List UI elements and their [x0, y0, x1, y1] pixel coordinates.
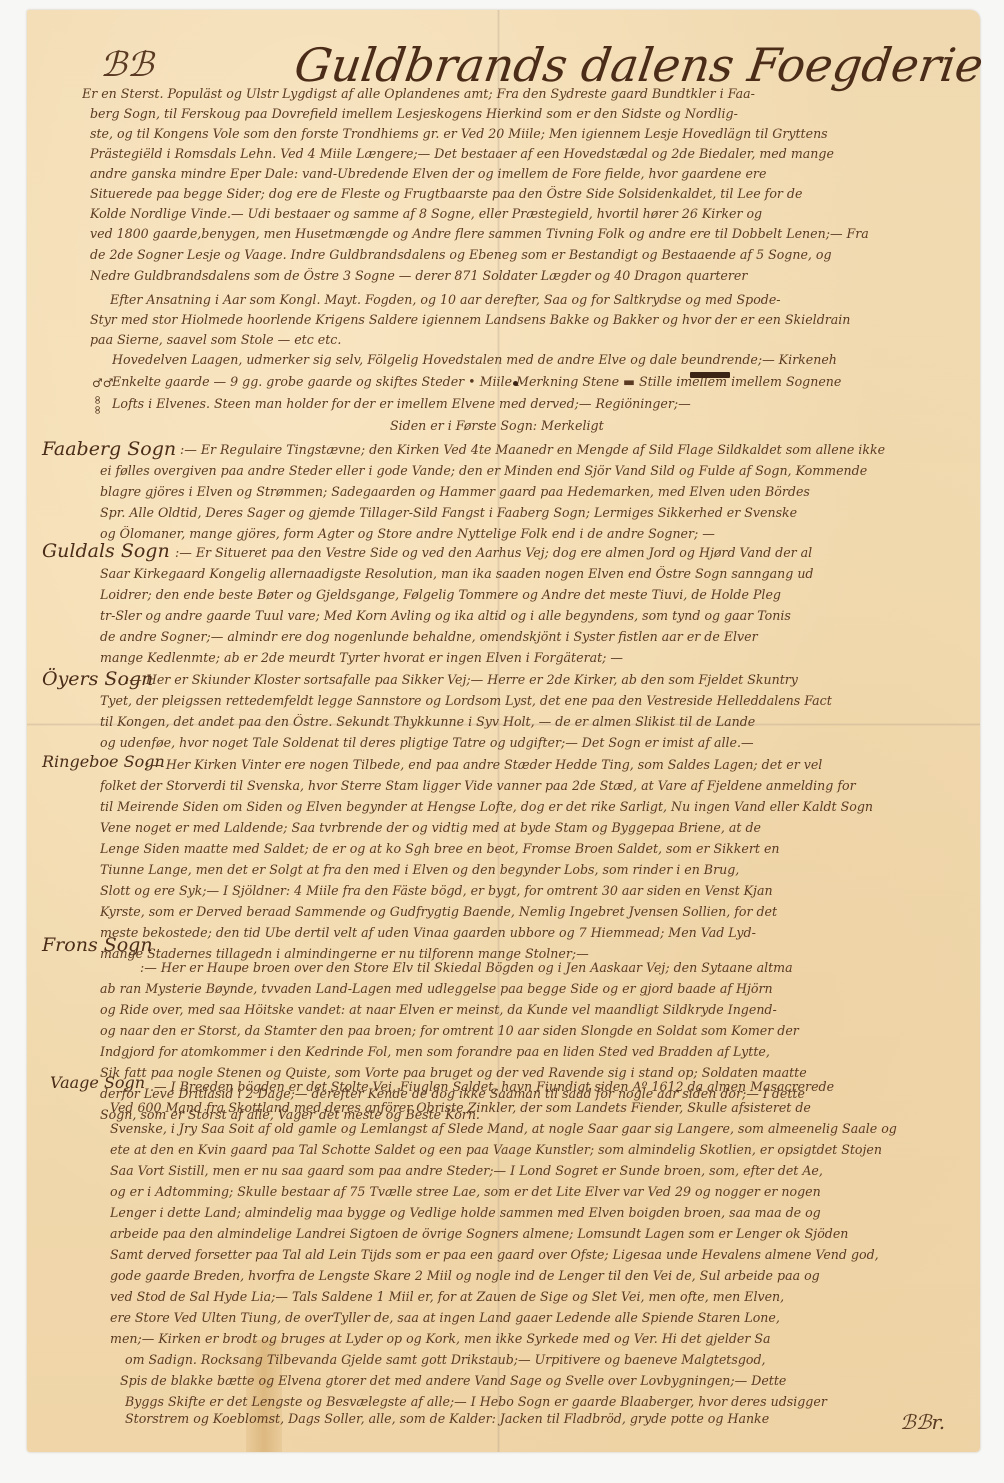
text-line: Situerede paa begge Sider; dog ere de Fl…	[90, 186, 970, 201]
text-line: gode gaarde Breden, hvorfra de Lengste S…	[110, 1268, 975, 1283]
text-line: Svenske, i Jry Saa Soit af old gamle og …	[110, 1121, 975, 1136]
text-line: Slott og ere Syk;— I Sjöldner: 4 Miile f…	[100, 883, 975, 898]
text-line: :— Er Situeret paa den Vestre Side og ve…	[175, 545, 975, 560]
text-line: de andre Sogner;— almindr ere dog nogenl…	[100, 629, 975, 644]
text-line: om Sadign. Rocksang Tilbevanda Gjelde sa…	[125, 1352, 975, 1367]
text-line: Indgjord for atomkommer i den Kedrinde F…	[100, 1044, 975, 1059]
text-line: Tiunne Lange, men det er Solgt at fra de…	[100, 862, 975, 877]
text-line: :— Her er Haupe broen over den Store Elv…	[140, 960, 975, 975]
text-line: :— Her Kirken Vinter ere nogen Tilbede, …	[145, 757, 975, 772]
text-line: berg Sogn, til Ferskoug paa Dovrefield i…	[90, 106, 970, 121]
text-line: blagre gjöres i Elven og Strømmen; Sadeg…	[100, 484, 975, 499]
text-line: Saa Vort Sistill, men er nu saa gaard so…	[110, 1163, 975, 1178]
text-line: Kolde Nordlige Vinde.— Udi bestaaer og s…	[90, 206, 970, 221]
text-line: .— I Breeden bögden er det Stolte Vei, F…	[150, 1079, 975, 1094]
text-line: :— Her er Skiunder Kloster sortsafalle p…	[125, 672, 975, 687]
text-line: og Ölomaner, mange gjöres, form Agter og…	[100, 526, 920, 541]
text-line: ete at den en Kvin gaard paa Tal Schotte…	[110, 1142, 975, 1157]
text-line: til Meirende Siden om Siden og Elven beg…	[100, 799, 975, 814]
text-line: Lenger i dette Land; almindelig maa bygg…	[110, 1205, 975, 1220]
text-line: ved 1800 gaarde,benygen, men Husetmængde…	[90, 226, 970, 241]
text-line: Samt derved forsetter paa Tal ald Lein T…	[110, 1247, 975, 1262]
text-line: til Kongen, det andet paa den Östre. Sek…	[100, 714, 975, 729]
text-line: Kyrste, som er Derved beraad Sammende og…	[100, 904, 975, 919]
signature-initials: ℬℬr.	[900, 1410, 945, 1434]
ink-bar-mark	[690, 372, 730, 378]
text-line: de 2de Sogner Lesje og Vaage. Indre Guld…	[90, 247, 970, 262]
text-line: Sik fatt paa nogle Stenen og Quiste, som…	[100, 1065, 975, 1080]
text-line: men;— Kirken er brodt og bruges at Lyder…	[110, 1331, 975, 1346]
text-line: Vene noget er med Laldende; Saa tvrbrend…	[100, 820, 975, 835]
parish-name: Faaberg Sogn	[42, 438, 176, 460]
text-line: Storstrem og Koeblomst, Dags Soller, all…	[125, 1411, 955, 1426]
top-left-flourish: ℬℬ	[100, 45, 153, 85]
text-line: tr-Sler og andre gaarde Tuul vare; Med K…	[100, 608, 975, 623]
text-line: Prästegiëld i Romsdals Lehn. Ved 4 Miile…	[90, 146, 970, 161]
text-line: arbeide paa den almindelige Landrei Sigt…	[110, 1226, 975, 1241]
bullet-mark	[513, 381, 518, 386]
text-line: mange Kedlenmte; ab er 2de meurdt Tyrter…	[100, 650, 800, 665]
text-line: Saar Kirkegaard Kongelig allernaadigste …	[100, 566, 975, 581]
text-line: Enkelte gaarde — 9 gg. grobe gaarde og s…	[112, 374, 972, 389]
text-line: Spr. Alle Oldtid, Deres Sager og gjemde …	[100, 505, 975, 520]
text-line: Spis de blakke bætte og Elvena gtorer de…	[120, 1373, 975, 1388]
text-line: Lenge Siden maatte med Saldet; de er og …	[100, 841, 975, 856]
text-line: ere Store Ved Ulten Tiung, de overTyller…	[110, 1310, 975, 1325]
text-line: Er en Sterst. Populäst og Ulstr Lygdigst…	[82, 86, 972, 101]
parish-name: Frons Sogn	[42, 934, 153, 956]
section-heading: Siden er i Første Sogn: Merkeligt	[390, 418, 604, 433]
text-line: og udenføe, hvor noget Tale Soldenat til…	[100, 735, 880, 750]
text-line: mange Stadernes tillagedn i almindingern…	[100, 946, 860, 961]
text-line: og Ride over, med saa Höitske vandet: at…	[100, 1002, 975, 1017]
marker-symbol: ♂♂	[92, 376, 114, 390]
text-line: meste bekostede; den tid Ube dertil velt…	[100, 925, 975, 940]
parish-name: Vaage Sogn	[50, 1073, 145, 1092]
marker-symbol: ∞∞	[91, 395, 105, 415]
text-line: andre ganska mindre Eper Dale: vand-Ubre…	[90, 166, 970, 181]
text-line: Efter Ansatning i Aar som Kongl. Mayt. F…	[110, 292, 970, 307]
text-line: Styr med stor Hiolmede hoorlende Krigens…	[90, 312, 970, 327]
text-line: ved Stod de Sal Hyde Lia;— Tals Saldene …	[110, 1289, 975, 1304]
text-line: Ved 600 Mand fra Skottland med deres anf…	[110, 1100, 975, 1115]
text-line: og naar den er Storst, da Stamter den pa…	[100, 1023, 975, 1038]
text-line: Nedre Guldbrandsdalens som de Östre 3 So…	[90, 268, 970, 283]
text-line: Tyet, der pleigssen rettedemfeldt legge …	[100, 693, 975, 708]
text-line: ste, og til Kongens Vole som den forste …	[90, 126, 970, 141]
text-line: Loidrer; den ende beste Bøter og Gjeldsg…	[100, 587, 975, 602]
text-line: ei følles overgiven paa andre Steder ell…	[100, 463, 975, 478]
text-line: folket der Storverdi til Svenska, hvor S…	[100, 778, 975, 793]
text-line: og er i Adtomming; Skulle bestaar af 75 …	[110, 1184, 975, 1199]
text-line: paa Sierne, saavel som Stole — etc etc.	[90, 332, 590, 347]
text-line: Hovedelven Laagen, udmerker sig selv, Fö…	[112, 352, 972, 367]
text-line: ab ran Mysterie Bøynde, tvvaden Land-Lag…	[100, 981, 975, 996]
text-line: :— Er Regulaire Tingstævne; den Kirken V…	[180, 442, 975, 457]
parish-name: Guldals Sogn	[42, 540, 170, 562]
document-title: Guldbrands dalens Foegderie	[291, 38, 986, 92]
text-line: Lofts i Elvenes. Steen man holder for de…	[112, 396, 852, 411]
text-line: Byggs Skifte er det Lengste og Besvælegs…	[125, 1394, 975, 1409]
